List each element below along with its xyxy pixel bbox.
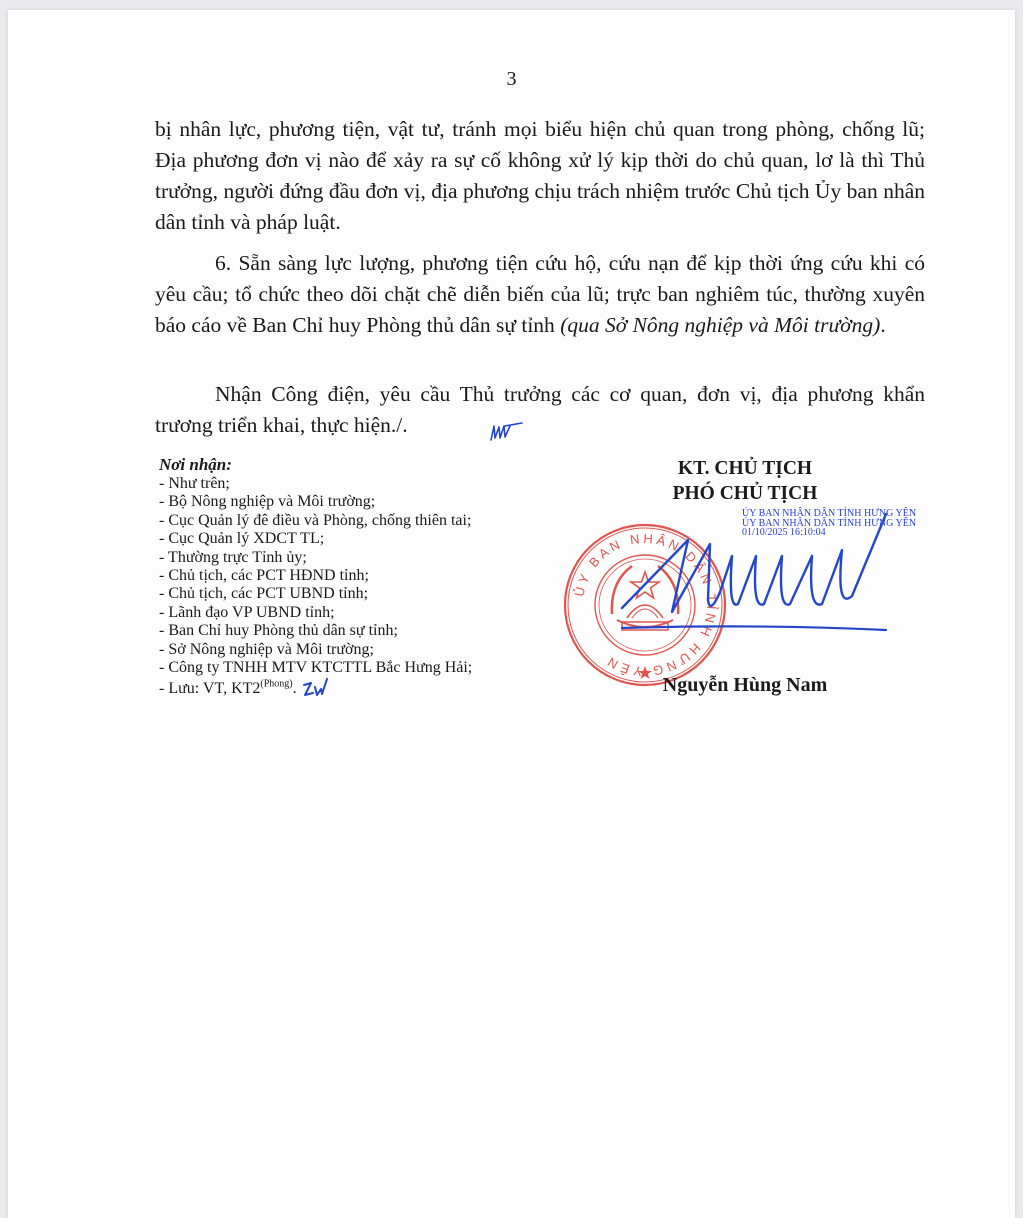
page-number: 3 <box>0 68 1023 91</box>
recipient-item: - Như trên; <box>159 475 472 493</box>
archive-suffix: . <box>293 680 297 697</box>
recipient-item: - Cục Quản lý XDCT TL; <box>159 530 472 548</box>
archive-prefix: - Lưu: VT, KT2 <box>159 680 260 697</box>
recipient-item: - Thường trực Tỉnh ủy; <box>159 549 472 567</box>
handwritten-signature <box>560 500 900 660</box>
recipient-item: - Ban Chỉ huy Phòng thủ dân sự tỉnh; <box>159 622 472 640</box>
recipient-item: - Bộ Nông nghiệp và Môi trường; <box>159 493 472 511</box>
handwritten-initials-icon <box>488 418 524 444</box>
item-6-end: . <box>880 313 885 337</box>
recipient-item: - Công ty TNHH MTV KTCTTL Bắc Hưng Hải; <box>159 659 472 677</box>
recipient-item: - Cục Quản lý đê điều và Phòng, chống th… <box>159 512 472 530</box>
recipient-item: - Chủ tịch, các PCT UBND tỉnh; <box>159 585 472 603</box>
recipients-list: Nơi nhận: - Như trên; - Bộ Nông nghiệp v… <box>159 455 472 699</box>
archive-superscript: (Phong) <box>260 679 292 690</box>
recipient-archive: - Lưu: VT, KT2(Phong). <box>159 677 472 699</box>
signer-authority-title: KT. CHỦ TỊCH <box>590 456 900 481</box>
recipient-item: - Sở Nông nghiệp và Môi trường; <box>159 641 472 659</box>
recipients-heading: Nơi nhận: <box>159 455 472 475</box>
signer-name: Nguyễn Hùng Nam <box>590 674 900 697</box>
paragraph-item-6: 6. Sẵn sàng lực lượng, phương tiện cứu h… <box>155 248 925 341</box>
item-6-italic-note: (qua Sở Nông nghiệp và Môi trường) <box>560 313 880 337</box>
handwritten-initials-icon <box>301 677 333 699</box>
paragraph-closing: Nhận Công điện, yêu cầu Thủ trưởng các c… <box>155 379 925 441</box>
paragraph-continuation: bị nhân lực, phương tiện, vật tư, tránh … <box>155 114 925 238</box>
recipient-item: - Lãnh đạo VP UBND tỉnh; <box>159 604 472 622</box>
recipient-item: - Chủ tịch, các PCT HĐND tỉnh; <box>159 567 472 585</box>
